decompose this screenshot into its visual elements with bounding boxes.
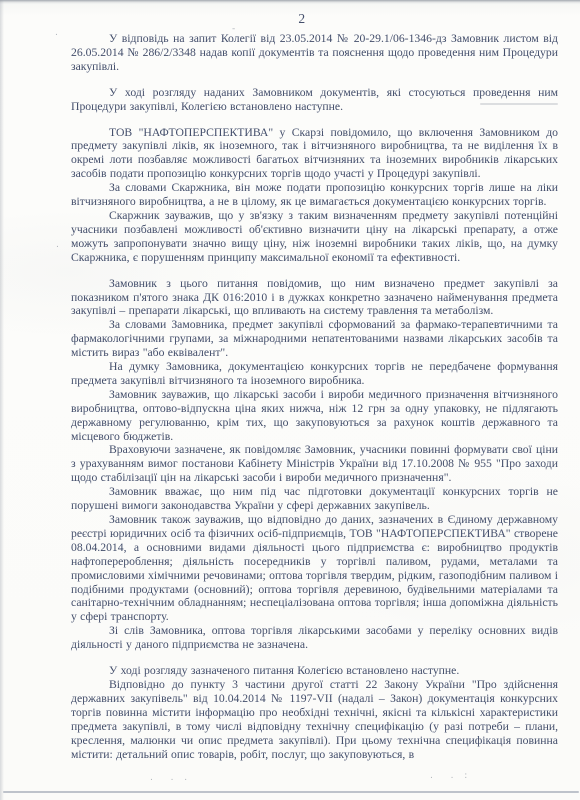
- document-paragraphs: У відповідь на запит Колегії від 23.05.2…: [71, 32, 558, 761]
- document-paragraph: Замовник також зауважив, що відповідно д…: [71, 513, 558, 624]
- scan-speck: .: [55, 28, 62, 38]
- document-paragraph: Відповідно до пункту 3 частини другої ст…: [71, 678, 558, 761]
- scan-speck: .: [56, 240, 63, 250]
- scan-edge-bottom: [3, 791, 579, 793]
- scan-edge-left: [0, 0, 4, 800]
- document-paragraph: За словами Замовника, предмет закупівлі …: [71, 318, 558, 360]
- document-paragraph: У ході розгляду наданих Замовником докум…: [71, 86, 558, 114]
- document-paragraph: ТОВ "НАФТОПЕРСПЕКТИВА" у Скарзі повідоми…: [71, 126, 558, 182]
- page-number: 2: [290, 11, 314, 27]
- document-paragraph: Замовник вважає, що ним під час підготов…: [71, 485, 558, 513]
- document-paragraph: У відповідь на запит Колегії від 23.05.2…: [71, 32, 558, 74]
- document-paragraph: Зі слів Замовника, оптова торгівля лікар…: [71, 624, 558, 652]
- scan-edge-top: [0, 0, 580, 4]
- document-paragraph: Враховуючи зазначене, як повідомляє Замо…: [71, 443, 558, 485]
- document-paragraph: Замовник з цього питання повідомив, що н…: [71, 277, 558, 319]
- document-paragraph: За словами Скаржника, він може подати пр…: [71, 181, 558, 209]
- document-paragraph: Замовник зауважив, що лікарські засоби і…: [71, 388, 558, 444]
- document-paragraph: На думку Замовника, документацією конкур…: [71, 360, 558, 388]
- document-paragraph: У ході розгляду зазначеного питання Коле…: [71, 664, 558, 678]
- document-paragraph: Скаржник зауважив, що у зв'язку з таким …: [71, 209, 558, 265]
- scan-speck: . . :: [430, 771, 471, 781]
- scanned-document-page: 2 У відповідь на запит Колегії від 23.05…: [0, 0, 580, 800]
- scan-speck: . . .: [150, 773, 191, 783]
